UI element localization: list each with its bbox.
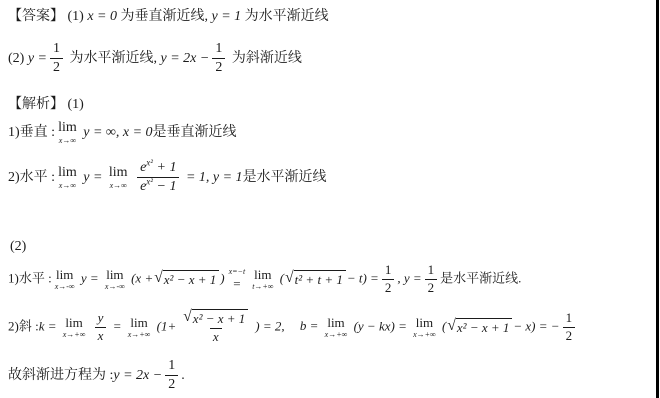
lim-subscript: x→∞ <box>59 182 76 190</box>
fraction-numerator: ex² + 1 <box>137 159 179 177</box>
limit-operator: limx→+∞ <box>128 316 151 339</box>
limit-operator: limt→+∞ <box>252 268 273 291</box>
math-segment: (1+ <box>157 318 177 333</box>
lim-subscript: x→∞ <box>110 182 127 190</box>
fraction: 12 <box>382 262 395 297</box>
fraction: ex² + 1ex² − 1 <box>137 159 179 196</box>
lim-subscript: x→∞ <box>59 137 76 145</box>
part2-number-line: (2) <box>10 238 26 256</box>
exponent: x² <box>146 177 153 187</box>
lim-subscript: x→+∞ <box>325 331 348 339</box>
exponent: x² <box>146 157 153 167</box>
math-segment: y = 2x − <box>113 368 162 383</box>
analysis-header: 【解析】 <box>8 97 64 112</box>
sqrt-expression: √x² − x + 1 <box>447 318 512 336</box>
math-segment: − x) = − <box>513 318 559 333</box>
limit-operator: limx→-∞ <box>55 268 75 291</box>
fraction-denominator: 2 <box>425 279 438 297</box>
vertical-asymptote-line: 1)垂直 :limx→∞ y = ∞, x = 0是垂直渐近线 <box>8 121 237 145</box>
fraction-denominator: 2 <box>50 58 63 77</box>
text-segment: 故斜渐进方程为 : <box>8 368 113 383</box>
part-number: (2) <box>10 239 26 254</box>
fraction-denominator: ex² − 1 <box>137 177 179 196</box>
math-segment: y = ∞, x = 0 <box>83 125 152 140</box>
limit-operator: limx→+∞ <box>325 316 348 339</box>
lim-word: lim <box>327 316 344 329</box>
math-segment: y = <box>81 270 99 285</box>
math-segment: k = <box>39 318 57 333</box>
fraction-denominator: x <box>95 327 107 345</box>
item-number: (2) <box>8 51 24 66</box>
fraction-denominator: 2 <box>212 58 225 77</box>
conclusion-line: 故斜渐进方程为 :y = 2x −12. <box>8 357 185 394</box>
sqrt-icon: √ <box>154 270 163 286</box>
document-page: { "page": { "bg": "#ffffff", "text_color… <box>0 0 660 398</box>
slant-asymptote-line: 2)斜 :k = limx→+∞ yx = limx→+∞ (1+√x² − x… <box>8 309 578 346</box>
fraction-denominator: 2 <box>563 327 576 345</box>
lim-word: lim <box>65 316 82 329</box>
sqrt-radicand: t² + t + 1 <box>294 270 346 288</box>
text-segment: 是垂直渐近线 <box>153 125 237 140</box>
page-right-border <box>656 0 659 398</box>
fraction: 12 <box>563 310 576 345</box>
text-segment: 是水平渐近线 <box>243 170 327 185</box>
math-segment: = 1, y = 1 <box>186 170 243 185</box>
lim-word: lim <box>58 121 77 135</box>
fraction-denominator: 2 <box>165 375 178 394</box>
equals-sign: = <box>233 277 240 290</box>
step-label: 2)斜 : <box>8 318 39 333</box>
text-segment: . <box>181 368 185 383</box>
analysis-header-line: 【解析】 (1) <box>8 96 84 114</box>
lim-subscript: x→-∞ <box>105 283 125 291</box>
math-segment: (y − kx) = <box>354 318 407 333</box>
lim-word: lim <box>106 268 123 281</box>
sqrt-radicand: x² − x + 1 <box>456 318 512 336</box>
sqrt-expression: √x² − x + 1 <box>154 270 219 288</box>
sqrt-radicand: x² − x + 1 <box>192 309 248 328</box>
answer-header: 【答案】 <box>8 9 64 24</box>
sqrt-radicand: x² − x + 1 <box>163 270 219 288</box>
math-segment: ( <box>280 270 284 285</box>
math-segment: = <box>113 318 122 333</box>
fraction-denominator: 2 <box>382 279 395 297</box>
lim-subscript: x→+∞ <box>413 331 436 339</box>
text-segment: 为垂直渐近线, <box>121 9 209 24</box>
math-segment: y = 1 <box>212 9 242 24</box>
fraction-numerator: 1 <box>382 262 395 279</box>
math-segment: b = <box>300 318 319 333</box>
sqrt-icon: √ <box>183 309 192 325</box>
limit-operator: limx→∞ <box>58 166 77 190</box>
math-segment: y = <box>28 51 47 66</box>
text-segment: 为水平渐近线, <box>70 51 158 66</box>
lim-subscript: t→+∞ <box>252 283 273 291</box>
substitution-annotation: x=−t <box>229 268 246 276</box>
answer-line-1: 【答案】 (1) x = 0 为垂直渐近线, y = 1 为水平渐近线 <box>8 8 329 26</box>
limit-operator: limx→∞ <box>109 166 128 190</box>
fraction-numerator: √x² − x + 1 <box>179 309 252 328</box>
lim-word: lim <box>56 268 73 281</box>
math-segment: ) <box>220 270 224 285</box>
step-label: 1)水平 : <box>8 270 52 285</box>
text-segment: 为斜渐近线 <box>232 51 302 66</box>
lim-word: lim <box>416 316 433 329</box>
fraction: yx <box>95 310 107 345</box>
fraction-numerator: 1 <box>563 310 576 327</box>
sqrt-expression: √x² − x + 1 <box>183 309 248 328</box>
sqrt-expression: √t² + t + 1 <box>285 270 346 288</box>
sqrt-icon: √ <box>285 270 294 286</box>
fraction: 12 <box>50 40 63 77</box>
limit-operator: limx→+∞ <box>63 316 86 339</box>
answer-line-2: (2) y =12 为水平渐近线, y = 2x −12 为斜渐近线 <box>8 40 302 77</box>
fraction: 12 <box>212 40 225 77</box>
annotated-equals: x=−t= <box>229 268 246 290</box>
math-segment: − 1 <box>153 179 176 194</box>
step-label: 2)水平 : <box>8 170 55 185</box>
lim-word: lim <box>254 268 271 281</box>
math-segment: , y = <box>397 270 421 285</box>
step-label: 1)垂直 : <box>8 125 55 140</box>
fraction-denominator: x <box>210 328 222 346</box>
lim-word: lim <box>58 166 77 180</box>
text-segment: 是水平渐近线. <box>440 270 521 285</box>
fraction-numerator: 1 <box>212 40 225 58</box>
sqrt-icon: √ <box>447 318 456 334</box>
fraction-numerator: 1 <box>425 262 438 279</box>
lim-subscript: x→+∞ <box>63 331 86 339</box>
fraction: √x² − x + 1x <box>179 309 252 346</box>
math-segment: − t) = <box>347 270 379 285</box>
math-segment: (x + <box>131 270 153 285</box>
fraction-numerator: y <box>95 310 107 327</box>
math-segment: y = <box>83 170 102 185</box>
math-segment: ) = 2, <box>255 318 284 333</box>
math-segment: x = 0 <box>87 9 117 24</box>
fraction-numerator: 1 <box>50 40 63 58</box>
limit-operator: limx→-∞ <box>105 268 125 291</box>
lim-word: lim <box>130 316 147 329</box>
fraction: 12 <box>165 357 178 394</box>
math-segment: ( <box>442 318 446 333</box>
math-segment: + 1 <box>153 160 176 175</box>
lim-subscript: x→+∞ <box>128 331 151 339</box>
part-number: (1) <box>68 97 84 112</box>
limit-operator: limx→+∞ <box>413 316 436 339</box>
fraction-numerator: 1 <box>165 357 178 375</box>
fraction: 12 <box>425 262 438 297</box>
text-segment: 为水平渐近线 <box>245 9 329 24</box>
limit-operator: limx→∞ <box>58 121 77 145</box>
horizontal-asymptote-line-2: 1)水平 :limx→-∞ y = limx→-∞ (x +√x² − x + … <box>8 262 521 297</box>
lim-subscript: x→-∞ <box>55 283 75 291</box>
horizontal-asymptote-line-1: 2)水平 :limx→∞ y = limx→∞ ex² + 1ex² − 1 =… <box>8 159 327 196</box>
lim-word: lim <box>109 166 128 180</box>
math-segment: y = 2x − <box>161 51 210 66</box>
item-number: (1) <box>68 9 84 24</box>
